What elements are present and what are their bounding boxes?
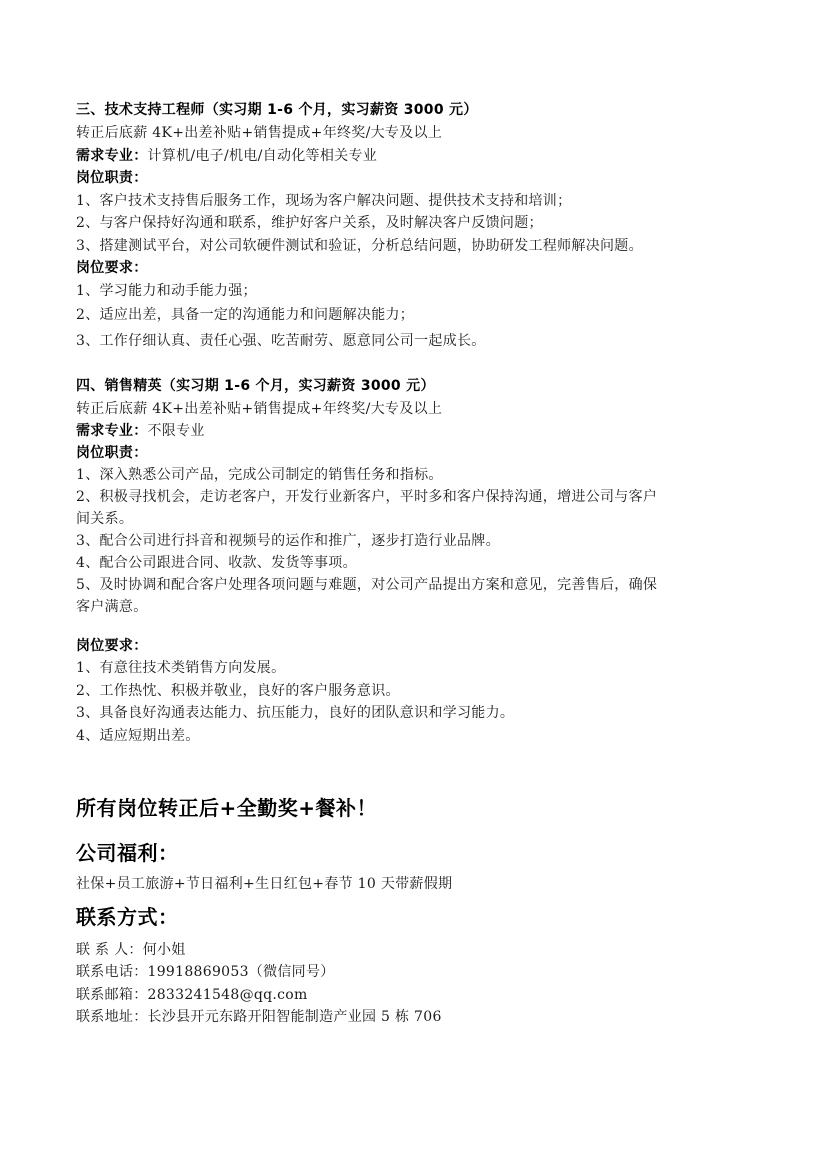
section4-duty-3: 3、配合公司进行抖音和视频号的运作和推广，逐步打造行业品牌。 xyxy=(76,532,500,550)
section4-major-value: 不限专业 xyxy=(148,423,205,439)
section3-major-label: 需求专业： xyxy=(76,148,148,164)
section4-duty-1: 1、深入熟悉公司产品，完成公司制定的销售任务和指标。 xyxy=(76,466,443,484)
section3-major-value: 计算机/电子/机电/自动化等相关专业 xyxy=(148,148,378,164)
section4-duty-2: 2、积极寻找机会，走访老客户，开发行业新客户，平时多和客户保持沟通，增进公司与客… xyxy=(76,488,657,506)
section4-major: 需求专业：不限专业 xyxy=(76,422,205,440)
section3-major: 需求专业：计算机/电子/机电/自动化等相关专业 xyxy=(76,147,377,165)
section3-requirements-label: 岗位要求： xyxy=(76,259,148,277)
section4-duty-2-cont: 间关系。 xyxy=(76,510,133,528)
section4-requirement-3: 3、具备良好沟通表达能力、抗压能力，良好的团队意识和学习能力。 xyxy=(76,704,514,722)
section3-duty-3: 3、搭建测试平台，对公司软硬件测试和验证，分析总结问题，协助研发工程师解决问题。 xyxy=(76,237,643,255)
section3-requirement-3: 3、工作仔细认真、责任心强、吃苦耐劳、愿意同公司一起成长。 xyxy=(76,332,486,350)
contact-phone: 联系电话：19918869053（微信同号） xyxy=(76,963,335,981)
section3-requirement-1: 1、学习能力和动手能力强； xyxy=(76,282,257,300)
contact-address: 联系地址：长沙县开元东路开阳智能制造产业园 5 栋 706 xyxy=(76,1008,442,1026)
section4-duty-4: 4、配合公司跟进合同、收款、发货等事项。 xyxy=(76,554,357,572)
contact-phone-value: 19918869053（微信同号） xyxy=(148,964,335,980)
contact-person-value: 何小姐 xyxy=(143,942,186,958)
contact-phone-label: 联系电话： xyxy=(76,964,148,980)
contact-address-label: 联系地址： xyxy=(76,1009,148,1025)
contact-email-value: 2833241548@qq.com xyxy=(148,987,308,1003)
benefits-text: 社保+员工旅游+节日福利+生日红包+春节 10 天带薪假期 xyxy=(76,875,452,893)
contact-person: 联 系 人：何小姐 xyxy=(76,941,186,959)
section3-title: 三、技术支持工程师（实习期 1-6 个月，实习薪资 3000 元） xyxy=(76,101,478,119)
section3-salary: 转正后底薪 4K+出差补贴+销售提成+年终奖/大专及以上 xyxy=(76,124,442,142)
section4-major-label: 需求专业： xyxy=(76,423,148,439)
section4-requirement-1: 1、有意往技术类销售方向发展。 xyxy=(76,659,285,677)
section4-requirement-4: 4、适应短期出差。 xyxy=(76,727,200,745)
section3-duty-1: 1、客户技术支持售后服务工作，现场为客户解决问题、提供技术支持和培训； xyxy=(76,192,571,210)
contact-title: 联系方式： xyxy=(76,904,179,930)
benefits-title: 公司福利： xyxy=(76,840,179,866)
section4-title: 四、销售精英（实习期 1-6 个月，实习薪资 3000 元） xyxy=(76,377,435,395)
section4-salary: 转正后底薪 4K+出差补贴+销售提成+年终奖/大专及以上 xyxy=(76,400,442,418)
section3-duty-2: 2、与客户保持好沟通和联系，维护好客户关系，及时解决客户反馈问题； xyxy=(76,214,543,232)
contact-email: 联系邮箱：2833241548@qq.com xyxy=(76,986,308,1004)
section3-requirement-2: 2、适应出差，具备一定的沟通能力和问题解决能力； xyxy=(76,306,414,324)
section4-requirements-label: 岗位要求： xyxy=(76,637,148,655)
section3-duties-label: 岗位职责： xyxy=(76,169,148,187)
bonus-note: 所有岗位转正后+全勤奖+餐补！ xyxy=(76,795,377,821)
contact-address-value: 长沙县开元东路开阳智能制造产业园 5 栋 706 xyxy=(148,1009,442,1025)
section4-duties-label: 岗位职责： xyxy=(76,444,148,462)
contact-person-label: 联 系 人： xyxy=(76,942,143,958)
section4-duty-5: 5、及时协调和配合客户处理各项问题与难题，对公司产品提出方案和意见，完善售后，确… xyxy=(76,576,657,594)
section4-duty-5-cont: 客户满意。 xyxy=(76,598,148,616)
contact-email-label: 联系邮箱： xyxy=(76,987,148,1003)
section4-requirement-2: 2、工作热忱、积极并敬业，良好的客户服务意识。 xyxy=(76,682,400,700)
